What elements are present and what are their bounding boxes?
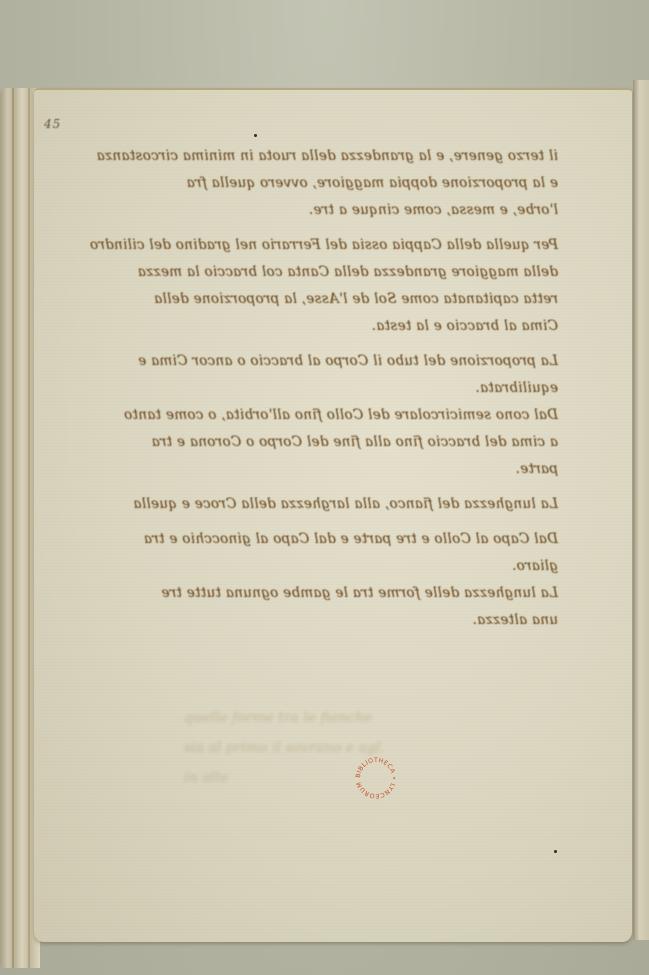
- library-stamp: BIBLIOTHECA • LYNCEORUM •: [352, 754, 400, 802]
- ink-speck: [254, 134, 257, 137]
- text-line: Cima al braccio e la testa.: [158, 320, 558, 347]
- handwritten-text-block: il terzo genere, e la grandezza della ru…: [158, 150, 558, 641]
- text-line: parte.: [158, 463, 558, 490]
- circular-stamp-icon: BIBLIOTHECA • LYNCEORUM •: [352, 754, 400, 802]
- text-line: equilibrata.: [158, 382, 558, 409]
- ink-speck: [554, 850, 557, 853]
- stamp-text: BIBLIOTHECA • LYNCEORUM •: [352, 754, 397, 799]
- text-line: della maggiore grandezza della Canta col…: [158, 266, 558, 293]
- book-page-edge-right: [633, 80, 649, 940]
- text-line: La proporzione del tubo il Corpo al brac…: [158, 355, 558, 382]
- text-line: Dal cono semicircolare del Collo fino al…: [158, 409, 558, 436]
- ghost-line: quelle forme tra le fianche: [184, 710, 564, 740]
- text-line: Dal Capo al Collo e tre parte e dal Capo…: [158, 533, 558, 560]
- text-line: gliaro.: [158, 560, 558, 587]
- text-line: il terzo genere, e la grandezza della ru…: [158, 150, 558, 177]
- text-line: una altezza.: [158, 614, 558, 641]
- text-line: e la proporzione doppia maggiore, ovvero…: [158, 177, 558, 204]
- text-line: Per quella della Cappia ossia del Ferrar…: [158, 239, 558, 266]
- manuscript-page: 45 il terzo genere, e la grandezza della…: [34, 88, 632, 942]
- text-line: a cima del braccio fino alla fine del Co…: [158, 436, 558, 463]
- text-line: La lunghezza delle forme tra le gambe og…: [158, 587, 558, 614]
- folio-number: 45: [44, 117, 61, 131]
- svg-text:BIBLIOTHECA • LYNCEORUM •: BIBLIOTHECA • LYNCEORUM •: [352, 754, 397, 799]
- text-line: retta capitanata come Sol de l'Asse, la …: [158, 293, 558, 320]
- text-line: La lunghezza del fianco, alla larghezza …: [158, 498, 558, 525]
- text-line: l'orbe, e messa, come cinque a tre.: [158, 204, 558, 231]
